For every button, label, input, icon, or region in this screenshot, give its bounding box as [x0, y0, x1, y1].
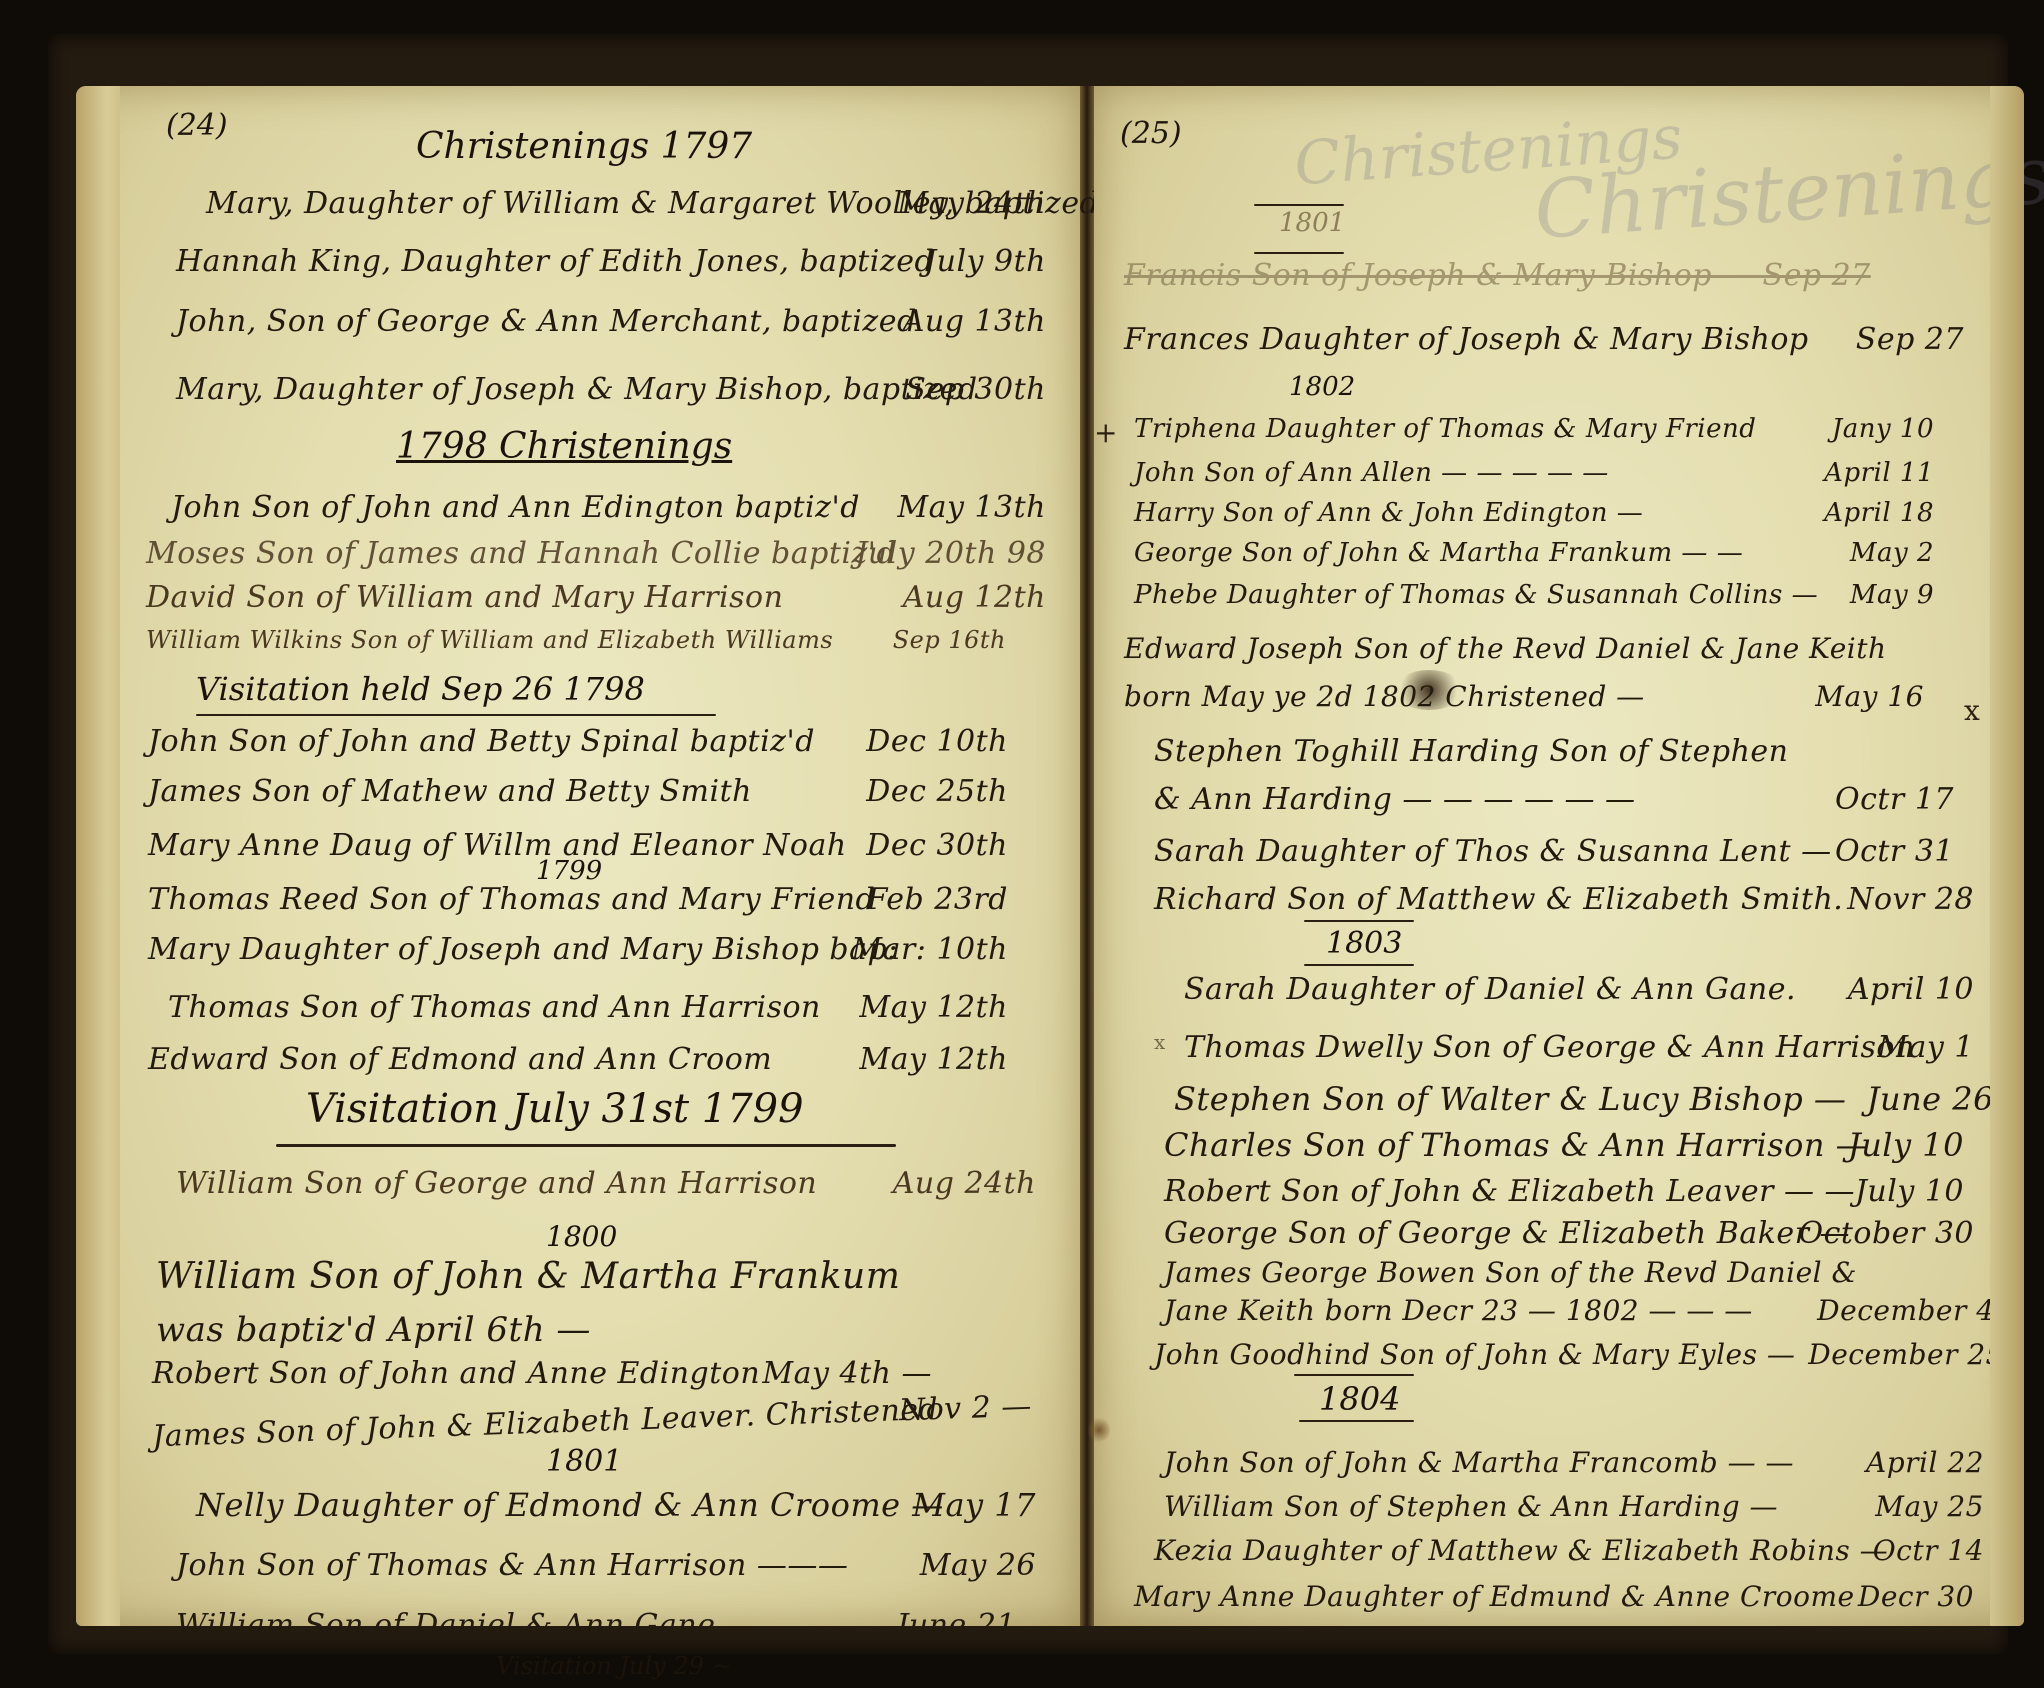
- year-marker: 1801: [546, 1444, 622, 1479]
- entry: David Son of William and Mary HarrisonAu…: [146, 580, 1046, 615]
- entry: Stephen Toghill Harding Son of Stephen: [1154, 734, 1934, 769]
- heading-rule: [1299, 1420, 1414, 1422]
- entry: born May ye 2d 1802 Christened —May 16: [1124, 680, 1924, 713]
- margin-mark: x: [1992, 1502, 2004, 1527]
- section-heading: Visitation held Sep 26 1798: [196, 670, 645, 708]
- entry: Mary Daughter of Joseph and Mary Bishop …: [148, 932, 1008, 967]
- entry: James Son of Mathew and Betty SmithDec 2…: [148, 774, 1008, 809]
- margin-mark: x: [1964, 694, 1980, 727]
- entry: Phebe Daughter of Thomas & Susannah Coll…: [1134, 580, 1934, 610]
- section-heading: Visitation July 31st 1799: [306, 1086, 804, 1132]
- stain: [1088, 1416, 1110, 1444]
- entry: Robert Son of John and Anne EdingtonMay …: [152, 1356, 932, 1391]
- entry: Moses Son of James and Hannah Collie bap…: [146, 536, 1046, 571]
- footer-note: Visitation July 29 ~: [496, 1652, 732, 1680]
- entry: Edward Joseph Son of the Revd Daniel & J…: [1124, 632, 1964, 665]
- entry: Frances Daughter of Joseph & Mary Bishop…: [1124, 322, 1964, 357]
- entry: Thomas Reed Son of Thomas and Mary Frien…: [148, 882, 1008, 917]
- heading-rule: [1254, 204, 1344, 206]
- section-heading: Christenings 1797: [416, 126, 752, 167]
- entry: William Son of Stephen & Ann Harding —Ma…: [1164, 1490, 1984, 1523]
- entry: John Goodhind Son of John & Mary Eyles —…: [1154, 1338, 2004, 1371]
- year-marker: 1801: [1279, 208, 1345, 238]
- entry: Edward Son of Edmond and Ann CroomMay 12…: [148, 1042, 1008, 1077]
- entry: Charles Son of Thomas & Ann Harrison —Ju…: [1164, 1126, 1964, 1164]
- entry: Jane Keith born Decr 23 — 1802 — — —Dece…: [1164, 1294, 2004, 1327]
- entry: William Son of Daniel & Ann Gane —June 2…: [176, 1608, 1016, 1643]
- entry: Hannah King, Daughter of Edith Jones, ba…: [176, 244, 1046, 279]
- entry: Harry Son of Ann & John Edington —April …: [1134, 498, 1934, 528]
- entry: Triphena Daughter of Thomas & Mary Frien…: [1134, 414, 1934, 444]
- entry: Stephen Son of Walter & Lucy Bishop —Jun…: [1174, 1080, 1994, 1118]
- heading-rule: [1304, 964, 1414, 966]
- entry: Nelly Daughter of Edmond & Ann Croome —M…: [196, 1486, 1036, 1524]
- entry: Sarah Daughter of Daniel & Ann Gane.Apri…: [1184, 972, 1974, 1007]
- year-marker: 1804: [1319, 1380, 1400, 1418]
- heading-rule: [196, 714, 716, 716]
- page-number: (24): [166, 108, 228, 143]
- entry: William Son of George and Ann HarrisonAu…: [176, 1166, 1036, 1201]
- entry: Mary Anne Daughter of Edmund & Anne Croo…: [1134, 1580, 1974, 1613]
- entry: was baptiz'd April 6th —: [156, 1310, 1016, 1350]
- entry: George Son of George & Elizabeth Baker —…: [1164, 1216, 1974, 1251]
- heading-rule: [1294, 1374, 1414, 1376]
- entry: & Ann Harding — — — — — —Octr 17: [1154, 782, 1954, 817]
- section-heading: 1798 Christenings: [396, 426, 732, 467]
- entry: John Son of John and Ann Edington baptiz…: [171, 490, 1046, 525]
- entry: Sarah Daughter of Thos & Susanna Lent —O…: [1154, 834, 1954, 869]
- entry: George Son of John & Martha Frankum — —M…: [1134, 538, 1934, 568]
- year-marker: 1802: [1289, 372, 1355, 402]
- entry: John, Son of George & Ann Merchant, bapt…: [176, 304, 1046, 339]
- book-gutter: [1080, 86, 1094, 1626]
- heading-rule: [1254, 252, 1344, 254]
- entry: John Son of Thomas & Ann Harrison ———May…: [176, 1548, 1036, 1583]
- entry: James George Bowen Son of the Revd Danie…: [1164, 1256, 1974, 1289]
- entry: Robert Son of John & Elizabeth Leaver — …: [1164, 1174, 1964, 1209]
- entry: John Son of Ann Allen — — — — —April 11: [1134, 458, 1934, 488]
- entry: John Son of John & Martha Francomb — —Ap…: [1164, 1446, 1984, 1479]
- margin-mark: +: [1094, 416, 1117, 449]
- struck-entry: Francis Son of Joseph & Mary Bishop — Se…: [1124, 258, 1964, 293]
- year-marker: 1800: [546, 1220, 617, 1253]
- entry: Kezia Daughter of Matthew & Elizabeth Ro…: [1154, 1534, 1984, 1567]
- year-marker: 1803: [1326, 926, 1402, 961]
- entry: John Son of John and Betty Spinal baptiz…: [148, 724, 1008, 759]
- right-page: Christenings Christenings (25) 1801 Fran…: [1094, 86, 2024, 1626]
- entry: Thomas Son of Thomas and Ann HarrisonMay…: [168, 990, 1008, 1025]
- page-number: (25): [1120, 116, 1182, 151]
- entry: Thomas Dwelly Son of George & Ann Harris…: [1184, 1030, 1974, 1065]
- margin-mark: x: [1154, 1030, 1165, 1054]
- heading-rule: [276, 1144, 896, 1147]
- entry: William Son of John & Martha Frankum: [156, 1256, 1016, 1297]
- entry: Mary, Daughter of Joseph & Mary Bishop, …: [176, 372, 1046, 407]
- left-page: (24) Christenings 1797 Mary, Daughter of…: [76, 86, 1080, 1626]
- open-register-book: (24) Christenings 1797 Mary, Daughter of…: [48, 34, 2008, 1654]
- entry: Mary, Daughter of William & Margaret Woo…: [206, 186, 1046, 221]
- entry: Richard Son of Matthew & Elizabeth Smith…: [1154, 882, 1974, 917]
- heading-rule: [1304, 920, 1414, 922]
- entry: William Wilkins Son of William and Eliza…: [146, 626, 1006, 654]
